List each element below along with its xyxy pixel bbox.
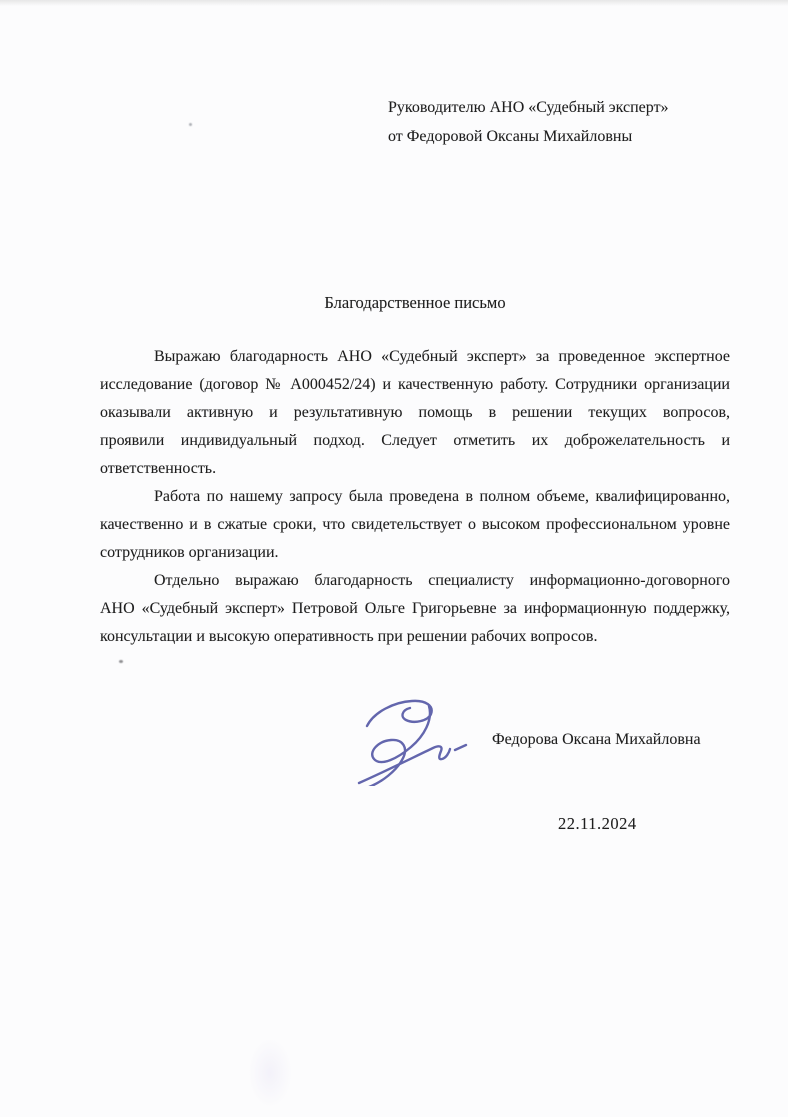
signer-name: Федорова Оксана Михайловна <box>492 730 701 750</box>
handwritten-signature-icon <box>354 690 470 786</box>
letter-page: Руководителю АНО «Судебный эксперт» от Ф… <box>0 0 788 1117</box>
scan-smudge <box>248 1038 292 1108</box>
paragraph-2-line-3: сотрудников организации. <box>100 539 730 567</box>
recipient-block: Руководителю АНО «Судебный эксперт» от Ф… <box>388 93 718 151</box>
paragraph-3-line-1: Отдельно выражаю благодарность специалис… <box>100 567 730 595</box>
scan-speckle <box>119 660 123 663</box>
letter-title: Благодарственное письмо <box>100 289 730 317</box>
paragraph-1-line-5: ответственность. <box>100 455 730 483</box>
paragraph-1-line-2: исследование (договор № А000452/24) и ка… <box>100 371 730 399</box>
paragraph-3-line-2: АНО «Судебный эксперт» Петровой Ольге Гр… <box>100 595 730 623</box>
paragraph-2-line-2: качественно и в сжатые сроки, что свидет… <box>100 511 730 539</box>
letter-body: Выражаю благодарность АНО «Судебный эксп… <box>100 343 730 651</box>
paragraph-1-line-4: проявили индивидуальный подход. Следует … <box>100 427 730 455</box>
paragraph-1-line-3: оказывали активную и результативную помо… <box>100 399 730 427</box>
recipient-line-2: от Федоровой Оксаны Михайловны <box>388 122 718 151</box>
paragraph-2-line-1: Работа по нашему запросу была проведена … <box>100 483 730 511</box>
paragraph-1-line-1: Выражаю благодарность АНО «Судебный эксп… <box>100 343 730 371</box>
scan-speckle <box>189 123 192 126</box>
recipient-line-1: Руководителю АНО «Судебный эксперт» <box>388 93 718 122</box>
paragraph-3-line-3: консультации и высокую оперативность при… <box>100 623 730 651</box>
letter-date: 22.11.2024 <box>558 814 637 834</box>
